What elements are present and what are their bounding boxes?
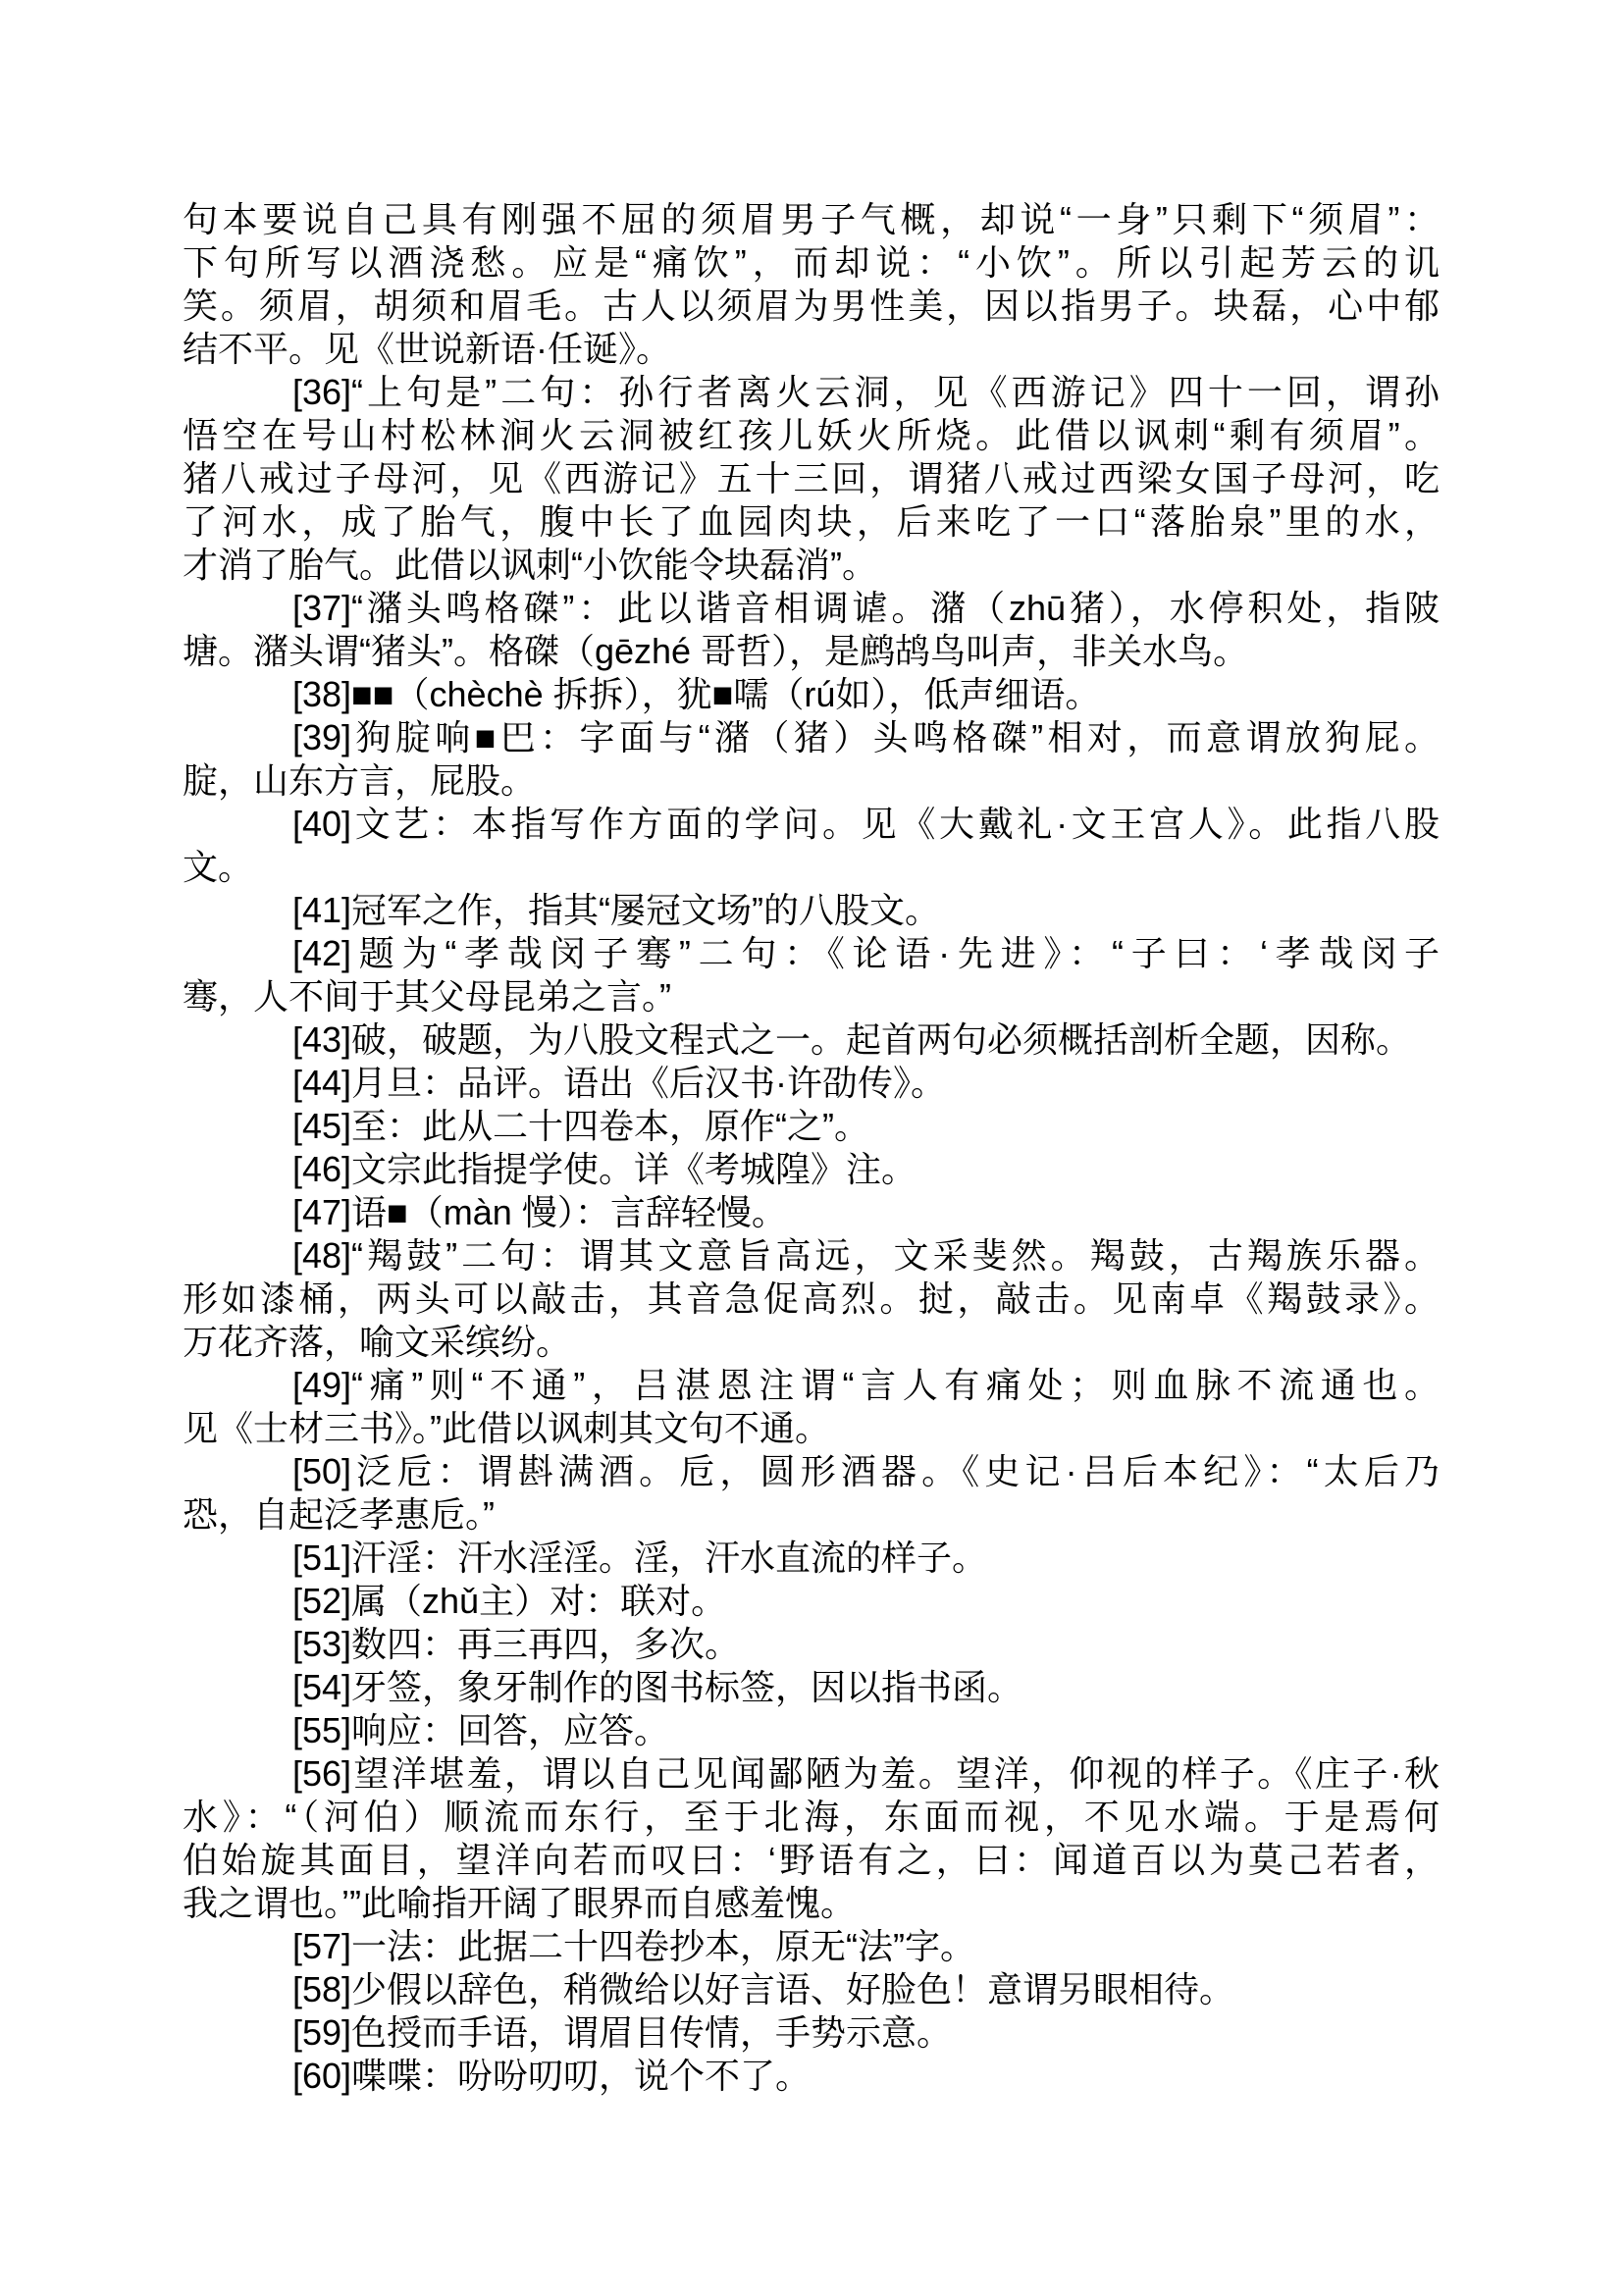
text-line: [44]月旦：品评。语出《后汉书·许劭传》。	[183, 1062, 1440, 1105]
text-line: 悟空在号山村松林涧火云洞被红孩儿妖火所烧。此借以讽刺“剩有须眉”。	[183, 414, 1440, 457]
text-line: 水》：“（河伯）顺流而东行，至于北海，东面而视，不见水端。于是焉何	[183, 1796, 1440, 1839]
text-line: 伯始旋其面目，望洋向若而叹曰：‘野语有之，曰：闻道百以为莫己若者，	[183, 1839, 1440, 1882]
text-line: 万花齐落，喻文采缤纷。	[183, 1321, 1440, 1364]
text-line: [47]语■（màn 慢）：言辞轻慢。	[183, 1191, 1440, 1234]
text-line: 结不平。见《世说新语·任诞》。	[183, 328, 1440, 371]
text-line: 骞，人不间于其父母昆弟之言。”	[183, 975, 1440, 1018]
text-line: 句本要说自己具有刚强不屈的须眉男子气概，却说“一身”只剩下“须眉”：	[183, 198, 1440, 241]
text-line: [39]狗腚响■巴：字面与“潴（猪）头鸣格磔”相对，而意谓放狗屁。	[183, 716, 1440, 759]
text-line: [38]■■（chèchè 拆拆），犹■嚅（rú如），低声细语。	[183, 673, 1440, 716]
text-line: 恐，自起泛孝惠卮。”	[183, 1493, 1440, 1537]
text-line: [52]属（zhǔ主）对：联对。	[183, 1580, 1440, 1623]
text-line: [41]冠军之作，指其“屡冠文场”的八股文。	[183, 889, 1440, 932]
text-line: 腚，山东方言，屁股。	[183, 759, 1440, 803]
text-line: [48]“羯鼓”二句：谓其文意旨高远，文采斐然。羯鼓，古羯族乐器。	[183, 1234, 1440, 1277]
text-line: [46]文宗此指提学使。详《考城隍》注。	[183, 1148, 1440, 1191]
text-line: [37]“潴头鸣格磔”：此以谐音相调谑。潴（zhū猪），水停积处，指陂	[183, 587, 1440, 630]
text-line: 了河水，成了胎气，腹中长了血园肉块，后来吃了一口“落胎泉”里的水，	[183, 500, 1440, 544]
text-line: [43]破，破题，为八股文程式之一。起首两句必须概括剖析全题，因称。	[183, 1018, 1440, 1062]
text-line: 见《士材三书》。”此借以讽刺其文句不通。	[183, 1407, 1440, 1450]
text-line: 猪八戒过子母河，见《西游记》五十三回，谓猪八戒过西梁女国子母河，吃	[183, 457, 1440, 500]
text-line: [36]“上句是”二句：孙行者离火云洞，见《西游记》四十一回，谓孙	[183, 371, 1440, 414]
text-line: 塘。潴头谓“猪头”。格磔（gēzhé 哥哲），是鹧鸪鸟叫声，非关水鸟。	[183, 630, 1440, 673]
text-line: 形如漆桶，两头可以敲击，其音急促高烈。挝，敲击。见南卓《羯鼓录》。	[183, 1277, 1440, 1321]
text-line: [51]汗淫：汗水淫淫。淫，汗水直流的样子。	[183, 1537, 1440, 1580]
annotations-text-block: 句本要说自己具有刚强不屈的须眉男子气概，却说“一身”只剩下“须眉”： 下句所写以…	[183, 198, 1440, 2098]
text-line: [55]响应：回答，应答。	[183, 1709, 1440, 1752]
text-line: 我之谓也。’”此喻指开阔了眼界而自感羞愧。	[183, 1882, 1440, 1925]
text-line: [49]“痛”则“不通”，吕湛恩注谓“言人有痛处；则血脉不流通也。	[183, 1364, 1440, 1407]
document-page: 句本要说自己具有刚强不屈的须眉男子气概，却说“一身”只剩下“须眉”： 下句所写以…	[0, 0, 1624, 2294]
text-line: 才消了胎气。此借以讽刺“小饮能令块磊消”。	[183, 544, 1440, 587]
text-line: [42]题为“孝哉闵子骞”二句：《论语·先进》：“子曰：‘孝哉闵子	[183, 932, 1440, 975]
text-line: 笑。须眉，胡须和眉毛。古人以须眉为男性美，因以指男子。块磊，心中郁	[183, 285, 1440, 328]
text-line: [50]泛卮：谓斟满酒。卮，圆形酒器。《史记·吕后本纪》：“太后乃	[183, 1450, 1440, 1493]
text-line: [40]文艺：本指写作方面的学问。见《大戴礼·文王宫人》。此指八股	[183, 803, 1440, 846]
text-line: [59]色授而手语，谓眉目传情，手势示意。	[183, 2011, 1440, 2055]
text-line: [58]少假以辞色，稍微给以好言语、好脸色！意谓另眼相待。	[183, 1968, 1440, 2011]
text-line: [54]牙签，象牙制作的图书标签，因以指书函。	[183, 1666, 1440, 1709]
text-line: [60]喋喋：吩吩叨叨，说个不了。	[183, 2055, 1440, 2098]
text-line: [45]至：此从二十四卷本，原作“之”。	[183, 1105, 1440, 1148]
text-line: 文。	[183, 846, 1440, 889]
text-line: [56]望洋堪羞，谓以自己见闻鄙陋为羞。望洋，仰视的样子。《庄子·秋	[183, 1752, 1440, 1796]
text-line: [57]一法：此据二十四卷抄本，原无“法”字。	[183, 1925, 1440, 1968]
text-line: [53]数四：再三再四，多次。	[183, 1623, 1440, 1666]
text-line: 下句所写以酒浇愁。应是“痛饮”，而却说：“小饮”。所以引起芳云的讥	[183, 241, 1440, 285]
